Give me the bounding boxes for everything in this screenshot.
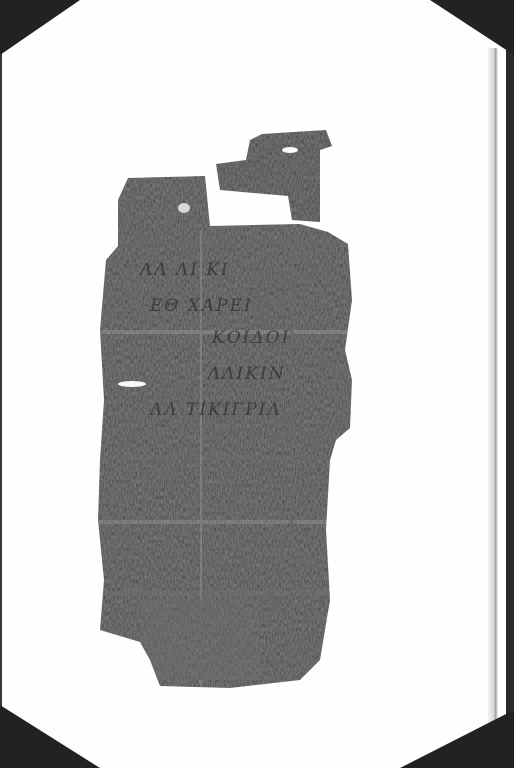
vignette-corners	[0, 0, 514, 768]
scan-background: ΛΛ ΛΙ ΚΙ ΕΘ ΧΑΡΕΙ ΚΟΙΔΟΙ ΛΛΙΚΙΝ ΛΛ ΤΙΚΙΓ…	[0, 0, 514, 768]
